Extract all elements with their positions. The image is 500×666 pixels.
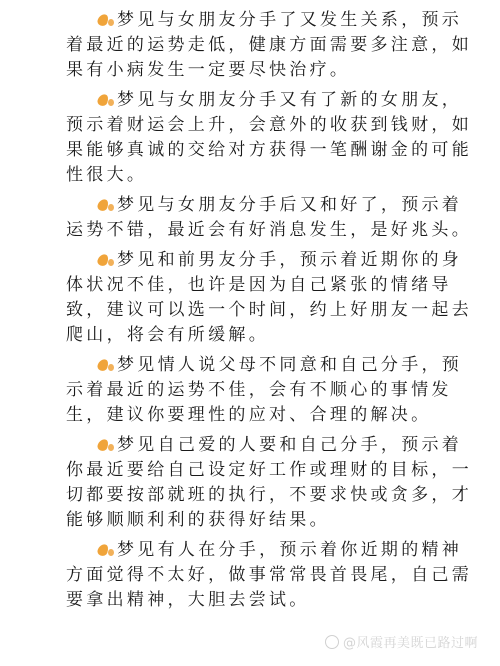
leaf-bullet-icon: [98, 92, 116, 106]
leaf-bullet-icon: [98, 252, 116, 266]
leaf-bullet-icon: [98, 12, 116, 26]
watermark-logo-icon: [325, 635, 339, 649]
paragraph-3: 梦见与女朋友分手后又和好了，预示着运势不错，最近会有好消息发生，是好兆头。: [66, 193, 476, 243]
leaf-bullet-icon: [98, 197, 116, 211]
paragraph-text: 梦见与女朋友分手了又发生关系，预示着最近的运势走低，健康方面需要多注意，如果有小…: [66, 10, 472, 80]
paragraph-text: 梦见与女朋友分手后又和好了，预示着运势不错，最近会有好消息发生，是好兆头。: [66, 195, 472, 240]
leaf-bullet-icon: [98, 542, 116, 556]
paragraph-2: 梦见与女朋友分手又有了新的女朋友，预示着财运会上升，会意外的收获到钱财，如果能够…: [66, 88, 476, 188]
leaf-bullet-icon: [98, 437, 116, 451]
paragraph-6: 梦见自己爱的人要和自己分手，预示着你最近要给自己设定好工作或理财的目标，一切都要…: [66, 433, 476, 533]
watermark: @风霞再美既已路过啊: [325, 632, 478, 651]
paragraph-4: 梦见和前男友分手，预示着近期你的身体状况不佳，也许是因为自己紧张的情绪导致，建议…: [66, 248, 476, 348]
paragraph-5: 梦见情人说父母不同意和自己分手，预示着最近的运势不佳，会有不顺心的事情发生，建议…: [66, 353, 476, 428]
paragraph-text: 梦见情人说父母不同意和自己分手，预示着最近的运势不佳，会有不顺心的事情发生，建议…: [66, 355, 462, 425]
paragraph-1: 梦见与女朋友分手了又发生关系，预示着最近的运势走低，健康方面需要多注意，如果有小…: [66, 8, 476, 83]
paragraph-text: 梦见与女朋友分手又有了新的女朋友，预示着财运会上升，会意外的收获到钱财，如果能够…: [66, 90, 472, 185]
leaf-bullet-icon: [98, 357, 116, 371]
paragraph-text: 梦见和前男友分手，预示着近期你的身体状况不佳，也许是因为自己紧张的情绪导致，建议…: [66, 250, 472, 345]
watermark-text: @风霞再美既已路过啊: [343, 636, 478, 651]
paragraph-text: 梦见自己爱的人要和自己分手，预示着你最近要给自己设定好工作或理财的目标，一切都要…: [66, 435, 472, 530]
paragraph-7: 梦见有人在分手，预示着你近期的精神方面觉得不太好，做事常常畏首畏尾，自己需要拿出…: [66, 538, 476, 613]
paragraph-text: 梦见有人在分手，预示着你近期的精神方面觉得不太好，做事常常畏首畏尾，自己需要拿出…: [66, 540, 472, 610]
article-body: 梦见与女朋友分手了又发生关系，预示着最近的运势走低，健康方面需要多注意，如果有小…: [66, 8, 476, 618]
